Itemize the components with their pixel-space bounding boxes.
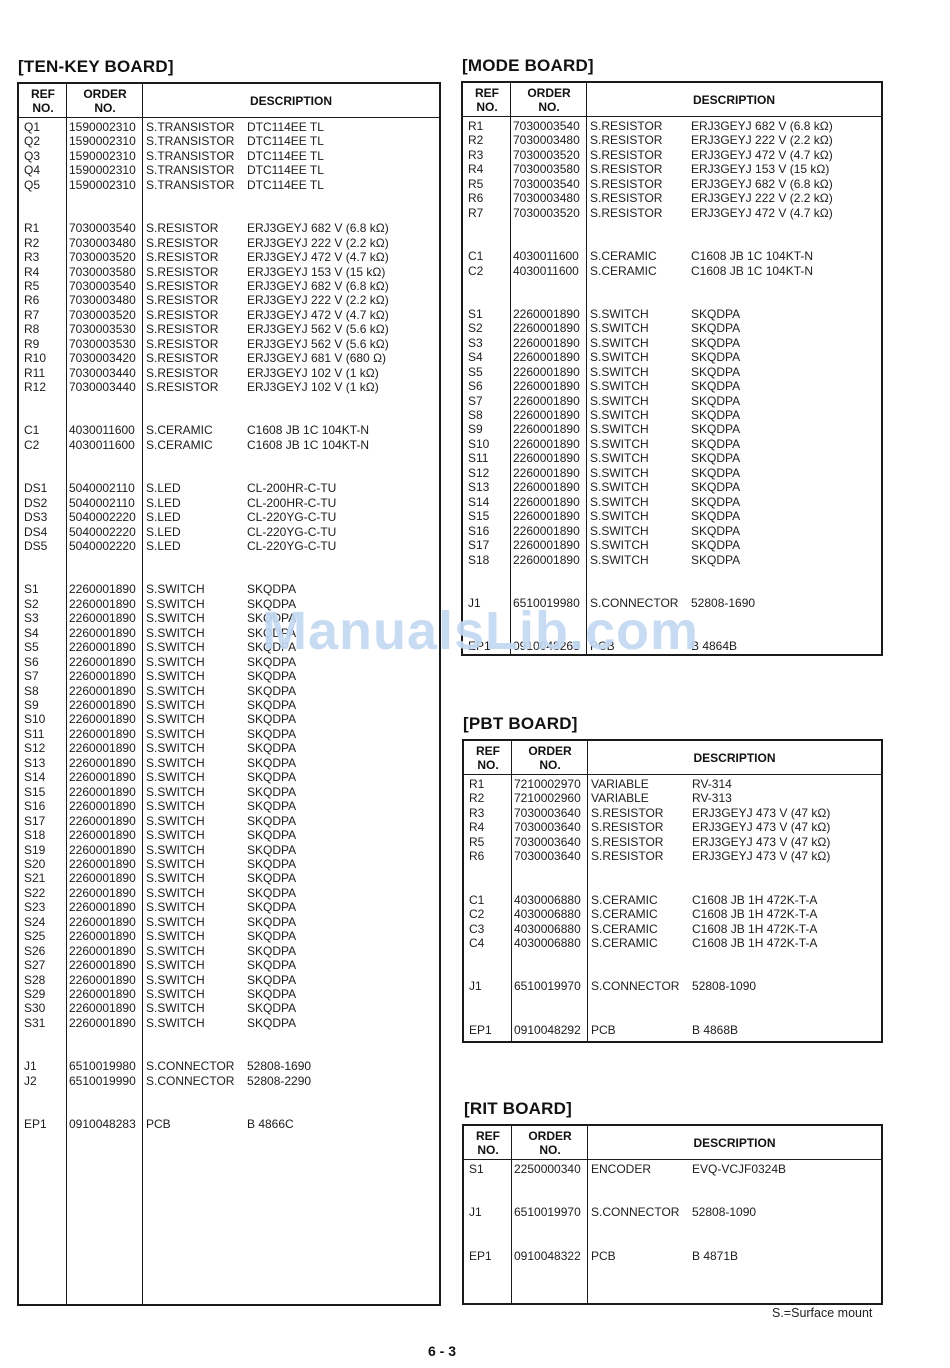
order-number-cell: 6510019980	[513, 596, 580, 610]
order-number-cell: 2260001890	[69, 727, 136, 741]
table-row: S152260001890S.SWITCHSKQDPA	[463, 509, 881, 523]
pbt-board-title: [PBT BOARD]	[463, 714, 578, 734]
table-row: EP10910048283PCBB 4866C	[19, 1117, 439, 1131]
ref-cell: EP1	[469, 1249, 492, 1263]
part-type-cell: S.LED	[146, 539, 181, 553]
order-number-cell: 7030003440	[69, 380, 136, 394]
part-type-cell: S.SWITCH	[146, 843, 205, 857]
table-row: S82260001890S.SWITCHSKQDPA	[19, 684, 439, 698]
table-row: S42260001890S.SWITCHSKQDPA	[19, 626, 439, 640]
part-type-cell: S.RESISTOR	[590, 133, 662, 147]
order-number-cell: 4030011600	[69, 423, 135, 437]
table-row: S102260001890S.SWITCHSKQDPA	[463, 437, 881, 451]
part-type-cell: S.RESISTOR	[146, 293, 218, 307]
ref-cell: S10	[24, 712, 45, 726]
ref-cell: DS2	[24, 496, 47, 510]
part-type-cell: S.SWITCH	[146, 611, 205, 625]
ref-cell: R11	[24, 366, 45, 380]
part-number-cell: SKQDPA	[247, 712, 296, 726]
part-number-cell: CL-200HR-C-TU	[247, 496, 336, 510]
order-number-cell: 2260001890	[69, 611, 136, 625]
ref-cell: R1	[468, 119, 483, 133]
part-number-cell: SKQDPA	[247, 828, 296, 842]
table-row: S182260001890S.SWITCHSKQDPA	[19, 828, 439, 842]
ref-cell: R9	[24, 337, 39, 351]
part-number-cell: SKQDPA	[247, 741, 296, 755]
table-row: S52260001890S.SWITCHSKQDPA	[19, 640, 439, 654]
part-number-cell: SKQDPA	[691, 321, 740, 335]
table-row: C34030006880S.CERAMICC1608 JB 1H 472K-T-…	[464, 922, 881, 936]
ref-cell: S25	[24, 929, 45, 943]
order-number-cell: 0910048283	[69, 1117, 136, 1131]
ref-cell: S24	[24, 915, 45, 929]
ref-cell: S11	[468, 451, 488, 465]
table-row: R37030003640S.RESISTORERJ3GEYJ 473 V (47…	[464, 806, 881, 820]
order-number-cell: 2260001890	[69, 886, 136, 900]
part-type-cell: S.SWITCH	[146, 640, 205, 654]
part-type-cell: S.RESISTOR	[590, 191, 662, 205]
order-number-cell: 7030003580	[513, 162, 580, 176]
order-number-cell: 7030003480	[513, 133, 580, 147]
part-type-cell: S.RESISTOR	[591, 806, 663, 820]
order-number-cell: 2260001890	[69, 915, 136, 929]
part-type-cell: ENCODER	[591, 1162, 651, 1176]
ref-cell: R2	[469, 791, 484, 805]
order-number-cell: 2260001890	[69, 799, 136, 813]
table-row: R67030003640S.RESISTORERJ3GEYJ 473 V (47…	[464, 849, 881, 863]
part-number-cell: C1608 JB 1H 472K-T-A	[692, 922, 817, 936]
ref-cell: S1	[24, 582, 39, 596]
ref-cell: S4	[468, 350, 483, 364]
part-number-cell: C1608 JB 1H 472K-T-A	[692, 907, 817, 921]
table-row: S72260001890S.SWITCHSKQDPA	[463, 394, 881, 408]
part-number-cell: ERJ3GEYJ 222 V (2.2 kΩ)	[247, 236, 389, 250]
part-type-cell: S.RESISTOR	[590, 148, 662, 162]
table-row: J16510019970S.CONNECTOR52808-1090	[464, 979, 881, 993]
table-row: S192260001890S.SWITCHSKQDPA	[19, 843, 439, 857]
table-row: S132260001890S.SWITCHSKQDPA	[463, 480, 881, 494]
order-number-cell: 7030003520	[513, 148, 580, 162]
table-row: J16510019980S.CONNECTOR52808-1690	[463, 596, 881, 610]
table-row: S22260001890S.SWITCHSKQDPA	[463, 321, 881, 335]
table-row: R67030003480S.RESISTORERJ3GEYJ 222 V (2.…	[463, 191, 881, 205]
part-number-cell: DTC114EE TL	[247, 134, 324, 148]
part-number-cell: SKQDPA	[247, 597, 296, 611]
table-row: S62260001890S.SWITCHSKQDPA	[463, 379, 881, 393]
table-row: S312260001890S.SWITCHSKQDPA	[19, 1016, 439, 1030]
part-number-cell: DTC114EE TL	[247, 163, 324, 177]
order-number-cell: 4030006880	[514, 893, 581, 907]
ref-cell: R3	[24, 250, 39, 264]
table-row: Q31590002310S.TRANSISTORDTC114EE TL	[19, 149, 439, 163]
order-number-cell: 4030006880	[514, 936, 581, 950]
ref-cell: S28	[24, 973, 45, 987]
order-number-cell: 2260001890	[69, 698, 136, 712]
ref-cell: S26	[24, 944, 45, 958]
part-type-cell: S.SWITCH	[146, 684, 205, 698]
ref-cell: J1	[469, 1205, 482, 1219]
order-number-cell: 6510019990	[69, 1074, 136, 1088]
ref-cell: S29	[24, 987, 45, 1001]
order-number-cell: 2260001890	[69, 770, 136, 784]
order-number-cell: 5040002110	[69, 496, 135, 510]
order-number-cell: 4030006880	[514, 922, 581, 936]
order-number-cell: 2260001890	[69, 900, 136, 914]
table-row: S172260001890S.SWITCHSKQDPA	[463, 538, 881, 552]
order-number-cell: 2260001890	[69, 785, 136, 799]
order-number-cell: 2260001890	[69, 871, 136, 885]
order-number-cell: 7030003520	[513, 206, 580, 220]
table-row: J16510019980S.CONNECTOR52808-1690	[19, 1059, 439, 1073]
part-number-cell: SKQDPA	[691, 451, 740, 465]
part-number-cell: C1608 JB 1C 104KT-N	[691, 264, 813, 278]
part-number-cell: ERJ3GEYJ 473 V (47 kΩ)	[692, 849, 830, 863]
part-number-cell: ERJ3GEYJ 473 V (47 kΩ)	[692, 835, 830, 849]
part-type-cell: S.SWITCH	[590, 336, 649, 350]
description-column-header: DESCRIPTION	[588, 1126, 881, 1159]
table-row: R67030003480S.RESISTORERJ3GEYJ 222 V (2.…	[19, 293, 439, 307]
order-number-cell: 2260001890	[69, 958, 136, 972]
table-row: S12260001890S.SWITCHSKQDPA	[463, 307, 881, 321]
part-number-cell: B 4871B	[692, 1249, 738, 1263]
table-row: J26510019990S.CONNECTOR52808-2290	[19, 1074, 439, 1088]
table-row: R57030003540S.RESISTORERJ3GEYJ 682 V (6.…	[19, 279, 439, 293]
order-number-cell: 7030003540	[513, 177, 580, 191]
table-row: S272260001890S.SWITCHSKQDPA	[19, 958, 439, 972]
order-number-cell: 4030011600	[513, 264, 579, 278]
table-header: REF NO.ORDER NO.DESCRIPTION	[464, 1126, 881, 1160]
table-row: S252260001890S.SWITCHSKQDPA	[19, 929, 439, 943]
ref-cell: S1	[468, 307, 483, 321]
table-row: S92260001890S.SWITCHSKQDPA	[19, 698, 439, 712]
part-number-cell: ERJ3GEYJ 682 V (6.8 kΩ)	[247, 279, 389, 293]
ref-cell: C3	[469, 922, 484, 936]
part-type-cell: S.SWITCH	[146, 756, 205, 770]
part-type-cell: S.SWITCH	[146, 712, 205, 726]
table-header: REF NO.ORDER NO.DESCRIPTION	[19, 84, 439, 118]
part-type-cell: S.RESISTOR	[590, 162, 662, 176]
part-number-cell: SKQDPA	[247, 698, 296, 712]
part-type-cell: S.SWITCH	[146, 958, 205, 972]
ref-cell: DS4	[24, 525, 47, 539]
part-type-cell: S.RESISTOR	[146, 279, 218, 293]
order-number-cell: 6510019970	[514, 1205, 581, 1219]
part-number-cell: SKQDPA	[691, 538, 740, 552]
table-row: S162260001890S.SWITCHSKQDPA	[19, 799, 439, 813]
ref-cell: S9	[24, 698, 39, 712]
order-number-cell: 2260001890	[513, 509, 580, 523]
order-number-cell: 2260001890	[69, 756, 136, 770]
ref-cell: DS1	[24, 481, 47, 495]
ref-column-header: REF NO.	[464, 1126, 512, 1159]
ref-cell: R2	[24, 236, 39, 250]
order-number-cell: 7030003440	[69, 366, 136, 380]
ref-cell: S18	[468, 553, 489, 567]
ref-cell: S4	[24, 626, 39, 640]
part-number-cell: ERJ3GEYJ 472 V (4.7 kΩ)	[247, 308, 389, 322]
ref-cell: S3	[24, 611, 39, 625]
part-type-cell: S.SWITCH	[146, 698, 205, 712]
ref-cell: Q3	[24, 149, 40, 163]
ref-cell: S2	[24, 597, 39, 611]
ref-cell: R2	[468, 133, 483, 147]
order-number-cell: 4030011600	[69, 438, 135, 452]
table-row: S12260001890S.SWITCHSKQDPA	[19, 582, 439, 596]
part-number-cell: CL-200HR-C-TU	[247, 481, 336, 495]
table-row: S172260001890S.SWITCHSKQDPA	[19, 814, 439, 828]
order-number-cell: 2260001890	[69, 684, 136, 698]
part-number-cell: ERJ3GEYJ 102 V (1 kΩ)	[247, 380, 379, 394]
part-number-cell: SKQDPA	[247, 814, 296, 828]
order-number-cell: 2260001890	[513, 408, 580, 422]
ref-cell: S13	[24, 756, 45, 770]
rit-parts-table: REF NO.ORDER NO.DESCRIPTIONS12250000340E…	[462, 1124, 883, 1305]
part-type-cell: S.RESISTOR	[146, 337, 218, 351]
order-number-cell: 2260001890	[69, 1016, 136, 1030]
table-row: C24030006880S.CERAMICC1608 JB 1H 472K-T-…	[464, 907, 881, 921]
part-number-cell: DTC114EE TL	[247, 149, 324, 163]
table-row: S142260001890S.SWITCHSKQDPA	[463, 495, 881, 509]
ref-cell: S14	[24, 770, 45, 784]
part-type-cell: S.RESISTOR	[146, 308, 218, 322]
part-type-cell: S.RESISTOR	[146, 265, 218, 279]
part-number-cell: CL-220YG-C-TU	[247, 510, 336, 524]
part-number-cell: C1608 JB 1C 104KT-N	[691, 249, 813, 263]
order-number-cell: 2260001890	[513, 365, 580, 379]
ref-cell: J1	[468, 596, 481, 610]
ref-cell: C1	[24, 423, 39, 437]
part-number-cell: 52808-2290	[247, 1074, 311, 1088]
ref-cell: C1	[469, 893, 484, 907]
part-type-cell: PCB	[591, 1023, 616, 1037]
order-number-cell: 2260001890	[513, 538, 580, 552]
order-number-cell: 0910048322	[514, 1249, 581, 1263]
part-number-cell: ERJ3GEYJ 562 V (5.6 kΩ)	[247, 322, 389, 336]
part-type-cell: S.SWITCH	[590, 480, 649, 494]
part-type-cell: PCB	[590, 639, 615, 653]
order-column-header: ORDER NO.	[67, 84, 143, 117]
page-number: 6 - 3	[428, 1343, 456, 1359]
part-type-cell: S.SWITCH	[590, 350, 649, 364]
part-type-cell: S.SWITCH	[146, 915, 205, 929]
rit-board-title: [RIT BOARD]	[464, 1099, 572, 1119]
ref-cell: S17	[468, 538, 489, 552]
part-number-cell: SKQDPA	[247, 987, 296, 1001]
part-number-cell: ERJ3GEYJ 473 V (47 kΩ)	[692, 820, 830, 834]
part-number-cell: ERJ3GEYJ 222 V (2.2 kΩ)	[691, 191, 833, 205]
table-row: DS35040002220S.LEDCL-220YG-C-TU	[19, 510, 439, 524]
part-type-cell: S.SWITCH	[146, 886, 205, 900]
table-row: R77030003520S.RESISTORERJ3GEYJ 472 V (4.…	[19, 308, 439, 322]
table-row: R37030003520S.RESISTORERJ3GEYJ 472 V (4.…	[463, 148, 881, 162]
part-number-cell: ERJ3GEYJ 102 V (1 kΩ)	[247, 366, 379, 380]
part-number-cell: ERJ3GEYJ 682 V (6.8 kΩ)	[247, 221, 389, 235]
order-number-cell: 7030003520	[69, 308, 136, 322]
ref-cell: S27	[24, 958, 45, 972]
ref-cell: R7	[24, 308, 39, 322]
part-number-cell: SKQDPA	[247, 929, 296, 943]
part-number-cell: SKQDPA	[691, 350, 740, 364]
table-row: R27210002960VARIABLERV-313	[464, 791, 881, 805]
ref-cell: S15	[468, 509, 489, 523]
table-row: S102260001890S.SWITCHSKQDPA	[19, 712, 439, 726]
table-row: Q11590002310S.TRANSISTORDTC114EE TL	[19, 120, 439, 134]
table-row: R37030003520S.RESISTORERJ3GEYJ 472 V (4.…	[19, 250, 439, 264]
part-type-cell: S.RESISTOR	[146, 236, 218, 250]
part-type-cell: S.SWITCH	[146, 1001, 205, 1015]
order-number-cell: 2260001890	[69, 814, 136, 828]
ref-cell: R6	[469, 849, 484, 863]
ref-cell: R12	[24, 380, 46, 394]
order-number-cell: 1590002310	[69, 178, 136, 192]
table-header: REF NO.ORDER NO.DESCRIPTION	[463, 83, 881, 117]
part-type-cell: S.SWITCH	[146, 582, 205, 596]
order-column-header: ORDER NO.	[512, 1126, 588, 1159]
ref-cell: R4	[469, 820, 484, 834]
table-row: R17210002970VARIABLERV-314	[464, 777, 881, 791]
table-row: S292260001890S.SWITCHSKQDPA	[19, 987, 439, 1001]
order-number-cell: 5040002220	[69, 525, 136, 539]
table-row: S242260001890S.SWITCHSKQDPA	[19, 915, 439, 929]
ref-cell: S2	[468, 321, 483, 335]
ref-cell: EP1	[24, 1117, 47, 1131]
table-row: R97030003530S.RESISTORERJ3GEYJ 562 V (5.…	[19, 337, 439, 351]
ref-cell: S14	[468, 495, 489, 509]
order-number-cell: 2260001890	[69, 857, 136, 871]
part-number-cell: SKQDPA	[247, 640, 296, 654]
part-type-cell: S.TRANSISTOR	[146, 178, 234, 192]
order-number-cell: 7210002970	[514, 777, 581, 791]
part-number-cell: ERJ3GEYJ 472 V (4.7 kΩ)	[691, 148, 833, 162]
order-number-cell: 2260001890	[69, 828, 136, 842]
mode-parts-table: REF NO.ORDER NO.DESCRIPTIONR17030003540S…	[461, 81, 883, 656]
order-number-cell: 2260001890	[513, 350, 580, 364]
part-number-cell: SKQDPA	[691, 437, 740, 451]
table-row: Q51590002310S.TRANSISTORDTC114EE TL	[19, 178, 439, 192]
table-row: DS15040002110S.LEDCL-200HR-C-TU	[19, 481, 439, 495]
description-column-header: DESCRIPTION	[588, 741, 881, 774]
ref-cell: S7	[24, 669, 39, 683]
part-type-cell: S.SWITCH	[590, 321, 649, 335]
part-type-cell: S.SWITCH	[590, 422, 649, 436]
ref-cell: S20	[24, 857, 45, 871]
table-row: Q21590002310S.TRANSISTORDTC114EE TL	[19, 134, 439, 148]
order-number-cell: 4030011600	[513, 249, 579, 263]
part-number-cell: CL-220YG-C-TU	[247, 539, 336, 553]
order-number-cell: 2260001890	[69, 597, 136, 611]
part-number-cell: ERJ3GEYJ 473 V (47 kΩ)	[692, 806, 830, 820]
part-type-cell: S.SWITCH	[146, 973, 205, 987]
part-number-cell: ERJ3GEYJ 222 V (2.2 kΩ)	[247, 293, 389, 307]
part-type-cell: S.SWITCH	[146, 871, 205, 885]
table-row: S222260001890S.SWITCHSKQDPA	[19, 886, 439, 900]
part-number-cell: SKQDPA	[691, 509, 740, 523]
part-type-cell: S.SWITCH	[146, 814, 205, 828]
part-type-cell: S.SWITCH	[146, 828, 205, 842]
part-number-cell: SKQDPA	[247, 900, 296, 914]
part-type-cell: S.CERAMIC	[591, 922, 658, 936]
ref-cell: S16	[24, 799, 45, 813]
ref-cell: R1	[469, 777, 484, 791]
order-number-cell: 1590002310	[69, 149, 136, 163]
order-number-cell: 1590002310	[69, 120, 136, 134]
ref-cell: R1	[24, 221, 39, 235]
order-number-cell: 5040002220	[69, 510, 136, 524]
table-row: S122260001890S.SWITCHSKQDPA	[463, 466, 881, 480]
table-row: S62260001890S.SWITCHSKQDPA	[19, 655, 439, 669]
part-type-cell: S.RESISTOR	[590, 177, 662, 191]
part-type-cell: VARIABLE	[591, 791, 649, 805]
order-number-cell: 7030003640	[514, 835, 581, 849]
part-number-cell: ERJ3GEYJ 682 V (6.8 kΩ)	[691, 177, 833, 191]
table-row: Q41590002310S.TRANSISTORDTC114EE TL	[19, 163, 439, 177]
part-number-cell: SKQDPA	[247, 958, 296, 972]
part-type-cell: PCB	[591, 1249, 616, 1263]
part-number-cell: SKQDPA	[247, 973, 296, 987]
part-number-cell: SKQDPA	[691, 524, 740, 538]
ref-cell: S6	[24, 655, 39, 669]
part-type-cell: S.SWITCH	[146, 785, 205, 799]
part-number-cell: SKQDPA	[247, 582, 296, 596]
ref-cell: S19	[24, 843, 45, 857]
ref-cell: S12	[24, 741, 45, 755]
part-type-cell: S.TRANSISTOR	[146, 134, 234, 148]
table-row: EP10910048292PCBB 4868B	[464, 1023, 881, 1037]
table-row: J16510019970S.CONNECTOR52808-1090	[464, 1205, 881, 1219]
order-number-cell: 0910048292	[514, 1023, 581, 1037]
part-type-cell: S.CONNECTOR	[146, 1059, 234, 1073]
table-row: R77030003520S.RESISTORERJ3GEYJ 472 V (4.…	[463, 206, 881, 220]
order-number-cell: 2260001890	[69, 944, 136, 958]
part-type-cell: S.CERAMIC	[590, 264, 657, 278]
order-number-cell: 2260001890	[69, 929, 136, 943]
part-type-cell: S.LED	[146, 525, 181, 539]
ref-cell: EP1	[468, 639, 491, 653]
ref-cell: S8	[468, 408, 483, 422]
order-number-cell: 7030003640	[514, 806, 581, 820]
order-number-cell: 7030003540	[69, 279, 136, 293]
table-row: S232260001890S.SWITCHSKQDPA	[19, 900, 439, 914]
table-row: S112260001890S.SWITCHSKQDPA	[463, 451, 881, 465]
part-type-cell: S.CERAMIC	[146, 438, 213, 452]
order-number-cell: 2260001890	[69, 640, 136, 654]
table-row: S32260001890S.SWITCHSKQDPA	[19, 611, 439, 625]
table-row: S82260001890S.SWITCHSKQDPA	[463, 408, 881, 422]
part-type-cell: S.LED	[146, 510, 181, 524]
part-type-cell: S.SWITCH	[590, 365, 649, 379]
order-number-cell: 1590002310	[69, 134, 136, 148]
part-type-cell: S.SWITCH	[146, 1016, 205, 1030]
part-type-cell: S.SWITCH	[590, 307, 649, 321]
table-row: R107030003420S.RESISTORERJ3GEYJ 681 V (6…	[19, 351, 439, 365]
ref-cell: R3	[469, 806, 484, 820]
table-row: EP10910048322PCBB 4871B	[464, 1249, 881, 1263]
order-number-cell: 2260001890	[69, 626, 136, 640]
order-column-header: ORDER NO.	[512, 741, 588, 774]
part-number-cell: C1608 JB 1H 472K-T-A	[692, 936, 817, 950]
ref-cell: S16	[468, 524, 489, 538]
part-type-cell: S.CONNECTOR	[590, 596, 678, 610]
part-number-cell: 52808-1690	[691, 596, 755, 610]
part-type-cell: S.SWITCH	[590, 524, 649, 538]
table-row: C24030011600S.CERAMICC1608 JB 1C 104KT-N	[463, 264, 881, 278]
part-number-cell: SKQDPA	[691, 394, 740, 408]
order-number-cell: 7030003420	[69, 351, 136, 365]
part-number-cell: SKQDPA	[247, 1001, 296, 1015]
ref-cell: R4	[24, 265, 39, 279]
part-type-cell: S.RESISTOR	[146, 380, 218, 394]
part-type-cell: S.RESISTOR	[591, 835, 663, 849]
